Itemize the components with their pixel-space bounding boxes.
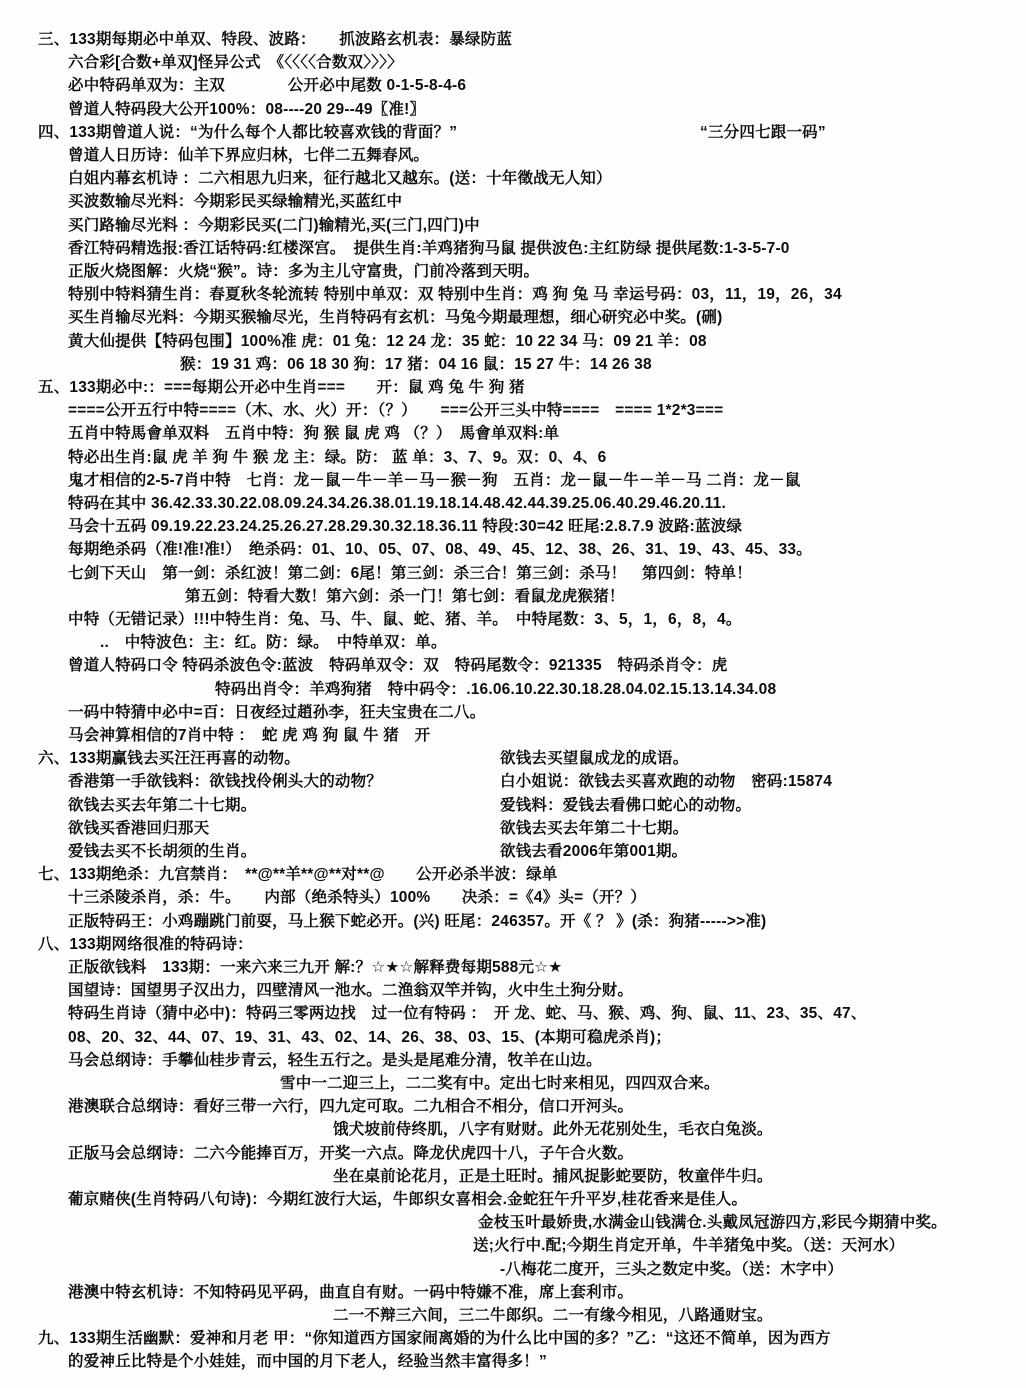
text-segment: 葡京赌侠(生肖特码八句诗)：今期红波行大运，牛郎织女喜相会.金蛇狂午升平岁,桂花… — [68, 1188, 747, 1211]
text-line-section-八: 正版马会总纲诗：二六今能捧百万，开奖一六点。降龙伏虎四十八，子午合火数。 — [0, 1142, 1026, 1165]
text-segment-right-column: 欲钱去看2006年第001期。 — [500, 840, 687, 863]
text-line-section-四: 曾道人日历诗：仙羊下界应归林，七伴二五舞春风。 — [0, 144, 1026, 167]
text-line-section-八: 马会总纲诗：手攀仙桂步青云，轻生五行之。是头是尾难分清，牧羊在山边。 — [0, 1049, 1026, 1072]
text-segment: 每期绝杀码（准!准!准!） 绝杀码：01、10、05、07、08、49、45、1… — [68, 538, 812, 561]
text-line-section-八: 港澳联合总纲诗：看好三带一六行，四九定可取。二九相合不相分，信口开河头。 — [0, 1095, 1026, 1118]
text-segment: 坐在桌前论花月，正是土旺时。捕风捉影蛇要防，牧童伴牛归。 — [333, 1165, 773, 1188]
text-line-section-五: .. 中特波色：主：红。防：绿。 中特单双：单。 — [0, 631, 1026, 654]
text-line-section-八: 08、20、32、44、07、19、31、43、02、14、26、38、03、1… — [0, 1026, 1026, 1049]
text-segment: 买波数输尽光料：今期彩民买绿输精光,买蓝红中 — [68, 190, 402, 213]
text-line-section-八: 二一不辩三六间，三二牛郎织。二一有缘今相见，八路通财宝。 — [0, 1304, 1026, 1327]
text-line-section-四: 特别中特料猜生肖：春夏秋冬轮流转 特别中单双：双 特别中生肖：鸡 狗 兔 马 幸… — [0, 283, 1026, 306]
text-segment: .. 中特波色：主：红。防：绿。 中特单双：单。 — [100, 631, 447, 654]
text-segment: 二一不辩三六间，三二牛郎织。二一有缘今相见，八路通财宝。 — [333, 1304, 773, 1327]
text-segment: 送;火行中.配;今期生肖定开单，牛羊猪兔中奖。（送：天河水） — [473, 1234, 904, 1257]
text-segment: 买生肖输尽光料：今期买猴输尽光，生肖特码有玄机：马兔今期最理想，细心研究必中奖。… — [68, 306, 722, 329]
text-segment: 七、133期绝杀：九宫禁肖： **@**羊**@**对**@ 公开必杀半波：绿单 — [38, 863, 557, 886]
text-segment: 马会总纲诗：手攀仙桂步青云，轻生五行之。是头是尾难分清，牧羊在山边。 — [68, 1049, 602, 1072]
text-segment: 鬼才相信的2-5-7肖中特 七肖：龙－鼠－牛－羊－马－猴－狗 五肖：龙－鼠－牛－… — [68, 469, 801, 492]
text-segment: 七剑下天山 第一剑：杀红波！第二剑：6尾！第三剑：杀三合！第三剑：杀马！ 第四剑… — [68, 562, 752, 585]
text-segment: 港澳联合总纲诗：看好三带一六行，四九定可取。二九相合不相分，信口开河头。 — [68, 1095, 633, 1118]
text-segment: 饿犬坡前侍终肌，八字有财财。此外无花别处生，毛衣白兔淡。 — [333, 1118, 773, 1141]
text-line-section-六: 欲钱去买去年第二十七期。爱钱料：爱钱去看佛口蛇心的动物。 — [0, 794, 1026, 817]
text-line-section-五: 五、133期必中:：===每期公开必中生肖=== 开：鼠 鸡 兔 牛 狗 猪 — [0, 376, 1026, 399]
text-line-section-七: 十三杀陵杀肖，杀：牛。 内部（绝杀特头）100% 决杀：=《4》头=（开？） — [0, 886, 1026, 909]
text-segment: 五肖中特馬會单双料 五肖中特：狗 猴 鼠 虎 鸡 （？） 馬會单双料:单 — [68, 422, 559, 445]
text-segment: 特别中特料猜生肖：春夏秋冬轮流转 特别中单双：双 特别中生肖：鸡 狗 兔 马 幸… — [68, 283, 842, 306]
text-segment-right-column: 欲钱去买望鼠成龙的成语。 — [500, 747, 688, 770]
text-segment: 国望诗：国望男子汉出力，四壁清风一池水。二渔翁双竿并钩，火中生土狗分财。 — [68, 979, 633, 1002]
text-line-section-八: 港澳中特玄机诗：不知特码见平码，曲直自有财。一码中特嫌不准，席上套利市。 — [0, 1281, 1026, 1304]
text-line-section-五: 五肖中特馬會单双料 五肖中特：狗 猴 鼠 虎 鸡 （？） 馬會单双料:单 — [0, 422, 1026, 445]
text-segment: 必中特码单双为：主双 公开必中尾数 0-1-5-8-4-6 — [68, 74, 466, 97]
text-line-section-三: 必中特码单双为：主双 公开必中尾数 0-1-5-8-4-6 — [0, 74, 1026, 97]
text-segment: 马会十五码 09.19.22.23.24.25.26.27.28.29.30.3… — [68, 515, 742, 538]
text-line-section-五: 马会神算相信的7肖中特 ： 蛇 虎 鸡 狗 鼠 牛 猪 开 — [0, 724, 1026, 747]
text-segment: 正版特码王：小鸡蹦跳门前耍，马上猴下蛇必开。(兴) 旺尾：246357。开《 ？… — [68, 910, 766, 933]
text-line-section-五: 特必出生肖:鼠 虎 羊 狗 牛 猴 龙 主：绿。防： 蓝 单：3、7、9。双：0… — [0, 446, 1026, 469]
text-segment: 香江特码精选报:香江话特码:红楼深宫。 提供生肖:羊鸡猪狗马鼠 提供波色:主红防… — [68, 237, 790, 260]
text-line-section-九: 九、133期生活幽默：爱神和月老 甲：“你知道西方国家闹离婚的为什么比中国的多？… — [0, 1327, 1026, 1350]
text-line-section-三: 六合彩[合数+单双]怪异公式 《〈〈〈〈合数双〉〉〉〉 — [0, 51, 1026, 74]
text-line-section-八: 八、133期网络很准的特码诗： — [0, 933, 1026, 956]
text-segment: 曾道人日历诗：仙羊下界应归林，七伴二五舞春风。 — [68, 144, 429, 167]
text-line-section-九: 的爱神丘比特是个小娃娃，而中国的月下老人，经验当然丰富得多！” — [0, 1350, 1026, 1373]
text-segment: 港澳中特玄机诗：不知特码见平码，曲直自有财。一码中特嫌不准，席上套利市。 — [68, 1281, 633, 1304]
text-line-section-五: 特码在其中 36.42.33.30.22.08.09.24.34.26.38.0… — [0, 492, 1026, 515]
text-line-section-六: 爱钱去买不长胡须的生肖。欲钱去看2006年第001期。 — [0, 840, 1026, 863]
text-line-section-四: 香江特码精选报:香江话特码:红楼深宫。 提供生肖:羊鸡猪狗马鼠 提供波色:主红防… — [0, 237, 1026, 260]
text-segment: ====公开五行中特====（木、水、火）开：（？） ===公开三头中特====… — [68, 399, 723, 422]
text-segment: 金枝玉叶最娇贵,水满金山钱满仓.头戴凤冠游四方,彩民今期猜中奖。 — [478, 1211, 947, 1234]
text-segment: 五、133期必中:：===每期公开必中生肖=== 开：鼠 鸡 兔 牛 狗 猪 — [38, 376, 525, 399]
text-segment: 正版欲钱料 133期：一来六来三九开 解:？☆★☆解释费每期588元☆★ — [68, 956, 562, 979]
text-segment: 正版火烧图解：火烧“猴”。诗：多为主儿守富贵，门前冷落到天明。 — [68, 260, 539, 283]
text-line-section-八: 坐在桌前论花月，正是土旺时。捕风捉影蛇要防，牧童伴牛归。 — [0, 1165, 1026, 1188]
text-line-section-五: 鬼才相信的2-5-7肖中特 七肖：龙－鼠－牛－羊－马－猴－狗 五肖：龙－鼠－牛－… — [0, 469, 1026, 492]
text-line-section-八: 特码生肖诗（猜中必中)：特码三零两边找 过一位有特码 ： 开 龙、蛇、马、猴、鸡… — [0, 1002, 1026, 1025]
text-segment: 八、133期网络很准的特码诗： — [38, 933, 253, 956]
text-line-section-八: 金枝玉叶最娇贵,水满金山钱满仓.头戴凤冠游四方,彩民今期猜中奖。 — [0, 1211, 1026, 1234]
text-segment: 买门路输尽光料 ：今期彩民买(二门)输精光,买(三门,四门)中 — [68, 214, 480, 237]
text-line-section-三: 曾道人特码段大公开100%：08----20 29--49〖准!〗 — [0, 98, 1026, 121]
text-line-section-八: 国望诗：国望男子汉出力，四壁清风一池水。二渔翁双竿并钩，火中生土狗分财。 — [0, 979, 1026, 1002]
text-segment: 黄大仙提供【特码包围】100%准 虎：01 兔：12 24 龙：35 蛇：10 … — [68, 330, 707, 353]
text-line-section-八: 葡京赌侠(生肖特码八句诗)：今期红波行大运，牛郎织女喜相会.金蛇狂午升平岁,桂花… — [0, 1188, 1026, 1211]
text-segment-right-column: 欲钱去买去年第二十七期。 — [500, 817, 688, 840]
text-segment: 特码生肖诗（猜中必中)：特码三零两边找 过一位有特码 ： 开 龙、蛇、马、猴、鸡… — [68, 1002, 867, 1025]
text-segment: 四、133期曾道人说：“为什么每个人都比较喜欢钱的背面？” — [38, 121, 457, 144]
text-line-section-四: 白姐内幕玄机诗 ：二六相思九归来，征行越北又越东。(送：十年徵战无人知） — [0, 167, 1026, 190]
text-line-section-六: 香港第一手欲钱料：欲钱找伶俐头大的动物？白小姐说：欲钱去买喜欢跑的动物 密码:1… — [0, 770, 1026, 793]
text-line-section-八: 饿犬坡前侍终肌，八字有财财。此外无花别处生，毛衣白兔淡。 — [0, 1118, 1026, 1141]
text-line-section-四: 正版火烧图解：火烧“猴”。诗：多为主儿守富贵，门前冷落到天明。 — [0, 260, 1026, 283]
text-segment: 中特（无错记录）!!!中特生肖：兔、马、牛、鼠、蛇、猪、羊。 中特尾数：3、5，… — [68, 608, 742, 631]
text-line-section-八: 送;火行中.配;今期生肖定开单，牛羊猪兔中奖。（送：天河水） — [0, 1234, 1026, 1257]
text-segment: 十三杀陵杀肖，杀：牛。 内部（绝杀特头）100% 决杀：=《4》头=（开？） — [68, 886, 646, 909]
text-segment: 曾道人特码口令 特码杀波色令:蓝波 特码单双令：双 特码尾数令：921335 特… — [68, 654, 727, 677]
text-segment: 的爱神丘比特是个小娃娃，而中国的月下老人，经验当然丰富得多！” — [68, 1350, 547, 1373]
text-segment: 猴：19 31 鸡：06 18 30 狗：17 猪：04 16 鼠：15 27 … — [180, 353, 652, 376]
text-line-section-三: 三、133期每期必中单双、特段、波路： 抓波路玄机表：暴绿防蓝 — [0, 28, 1026, 51]
text-segment-right-column: 白小姐说：欲钱去买喜欢跑的动物 密码:15874 — [500, 770, 832, 793]
text-segment: 六合彩[合数+单双]怪异公式 《〈〈〈〈合数双〉〉〉〉 — [68, 51, 403, 74]
text-segment: 曾道人特码段大公开100%：08----20 29--49〖准!〗 — [68, 98, 425, 121]
text-segment: 特码在其中 36.42.33.30.22.08.09.24.34.26.38.0… — [68, 492, 726, 515]
text-segment: 马会神算相信的7肖中特 ： 蛇 虎 鸡 狗 鼠 牛 猪 开 — [68, 724, 430, 747]
text-segment-right-column: 爱钱料：爱钱去看佛口蛇心的动物。 — [500, 794, 751, 817]
text-line-section-六: 六、133期赢钱去买汪汪再喜的动物。欲钱去买望鼠成龙的成语。 — [0, 747, 1026, 770]
text-segment: 08、20、32、44、07、19、31、43、02、14、26、38、03、1… — [68, 1026, 671, 1049]
text-line-section-四: 买门路输尽光料 ：今期彩民买(二门)输精光,买(三门,四门)中 — [0, 214, 1026, 237]
text-segment: 正版马会总纲诗：二六今能捧百万，开奖一六点。降龙伏虎四十八，子午合火数。 — [68, 1142, 633, 1165]
text-segment-right-column: “三分四七跟一码” — [700, 121, 826, 144]
document-page: 三、133期每期必中单双、特段、波路： 抓波路玄机表：暴绿防蓝六合彩[合数+单双… — [0, 0, 1026, 1388]
text-line-section-四: 买波数输尽光料：今期彩民买绿输精光,买蓝红中 — [0, 190, 1026, 213]
text-segment: 香港第一手欲钱料：欲钱找伶俐头大的动物？ — [68, 770, 382, 793]
text-line-section-四: 四、133期曾道人说：“为什么每个人都比较喜欢钱的背面？”“三分四七跟一码” — [0, 121, 1026, 144]
text-line-section-八: 正版欲钱料 133期：一来六来三九开 解:？☆★☆解释费每期588元☆★ — [0, 956, 1026, 979]
text-segment: 欲钱去买去年第二十七期。 — [68, 794, 256, 817]
text-line-section-七: 七、133期绝杀：九宫禁肖： **@**羊**@**对**@ 公开必杀半波：绿单 — [0, 863, 1026, 886]
text-line-section-五: 曾道人特码口令 特码杀波色令:蓝波 特码单双令：双 特码尾数令：921335 特… — [0, 654, 1026, 677]
text-segment: 一码中特猜中必中=百：日夜经过趙孙李，狂夫宝贵在二八。 — [68, 701, 485, 724]
text-line-section-四: 黄大仙提供【特码包围】100%准 虎：01 兔：12 24 龙：35 蛇：10 … — [0, 330, 1026, 353]
text-line-section-五: 第五剑：特看大数！第六剑：杀一门！第七剑：看鼠龙虎猴猪！ — [0, 585, 1026, 608]
text-line-section-五: 每期绝杀码（准!准!准!） 绝杀码：01、10、05、07、08、49、45、1… — [0, 538, 1026, 561]
text-line-section-五: 一码中特猜中必中=百：日夜经过趙孙李，狂夫宝贵在二八。 — [0, 701, 1026, 724]
text-segment: 欲钱买香港回归那天 — [68, 817, 209, 840]
text-segment: 三、133期每期必中单双、特段、波路： 抓波路玄机表：暴绿防蓝 — [38, 28, 512, 51]
text-line-section-七: 正版特码王：小鸡蹦跳门前耍，马上猴下蛇必开。(兴) 旺尾：246357。开《 ？… — [0, 910, 1026, 933]
text-segment: 白姐内幕玄机诗 ：二六相思九归来，征行越北又越东。(送：十年徵战无人知） — [68, 167, 612, 190]
text-line-section-五: 中特（无错记录）!!!中特生肖：兔、马、牛、鼠、蛇、猪、羊。 中特尾数：3、5，… — [0, 608, 1026, 631]
text-line-section-八: 雪中一二迎三上，二二奖有中。定出七时来相见，四四双合来。 — [0, 1072, 1026, 1095]
text-line-section-四: 买生肖输尽光料：今期买猴输尽光，生肖特码有玄机：马兔今期最理想，细心研究必中奖。… — [0, 306, 1026, 329]
text-line-section-五: 马会十五码 09.19.22.23.24.25.26.27.28.29.30.3… — [0, 515, 1026, 538]
text-line-section-五: 特码出肖令：羊鸡狗猪 特中码令：.16.06.10.22.30.18.28.04… — [0, 678, 1026, 701]
text-line-section-四: 猴：19 31 鸡：06 18 30 狗：17 猪：04 16 鼠：15 27 … — [0, 353, 1026, 376]
text-segment: 爱钱去买不长胡须的生肖。 — [68, 840, 256, 863]
text-segment: 六、133期赢钱去买汪汪再喜的动物。 — [38, 747, 300, 770]
text-line-section-六: 欲钱买香港回归那天欲钱去买去年第二十七期。 — [0, 817, 1026, 840]
text-line-section-五: ====公开五行中特====（木、水、火）开：（？） ===公开三头中特====… — [0, 399, 1026, 422]
text-line-section-五: 七剑下天山 第一剑：杀红波！第二剑：6尾！第三剑：杀三合！第三剑：杀马！ 第四剑… — [0, 562, 1026, 585]
text-segment: 特必出生肖:鼠 虎 羊 狗 牛 猴 龙 主：绿。防： 蓝 单：3、7、9。双：0… — [68, 446, 606, 469]
text-segment: 九、133期生活幽默：爱神和月老 甲：“你知道西方国家闹离婚的为什么比中国的多？… — [38, 1327, 831, 1350]
text-segment: -八梅花二度开，三头之数定中奖。（送：木字中） — [500, 1258, 843, 1281]
text-segment: 雪中一二迎三上，二二奖有中。定出七时来相见，四四双合来。 — [280, 1072, 720, 1095]
text-line-section-八: -八梅花二度开，三头之数定中奖。（送：木字中） — [0, 1258, 1026, 1281]
text-segment: 特码出肖令：羊鸡狗猪 特中码令：.16.06.10.22.30.18.28.04… — [215, 678, 776, 701]
text-segment: 第五剑：特看大数！第六剑：杀一门！第七剑：看鼠龙虎猴猪！ — [185, 585, 625, 608]
